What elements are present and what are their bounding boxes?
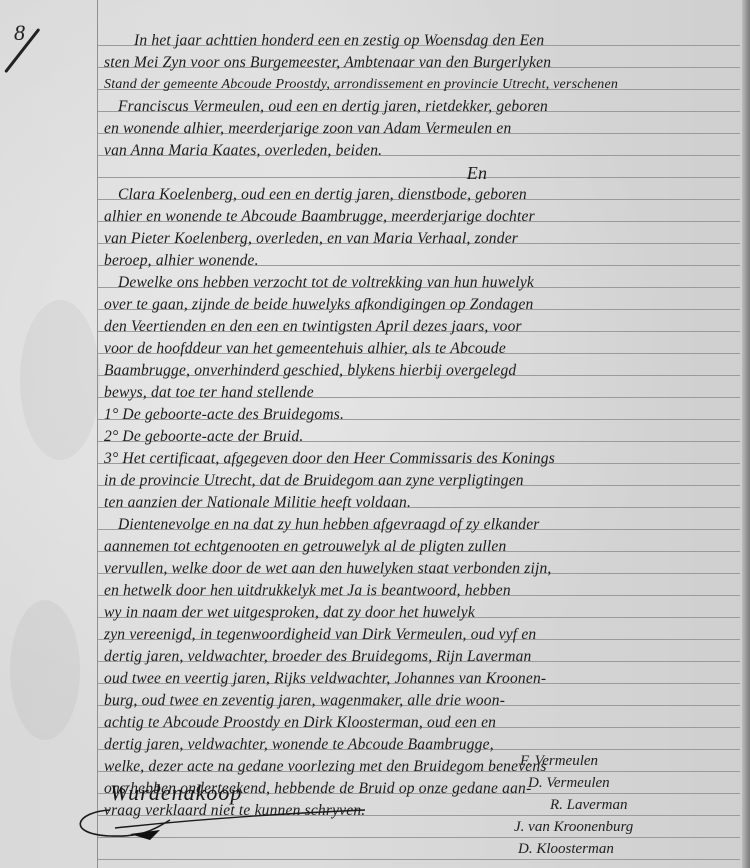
witness-signature: D. Vermeulen bbox=[510, 772, 740, 794]
body-line: en hetwelk door hen uitdrukkelyk met Ja … bbox=[104, 580, 740, 602]
body-line: Dewelke ons hebben verzocht tot de voltr… bbox=[104, 272, 740, 294]
body-line: vervullen, welke door de wet aan den huw… bbox=[104, 558, 740, 580]
document-page: 8 In het jaar achttien honderd een en ze… bbox=[0, 0, 750, 868]
registrar-signature-text: Wurdenakoop bbox=[110, 780, 242, 806]
body-line: voor de hoofddeur van het gemeentehuis a… bbox=[104, 338, 740, 360]
witness-signature: J. van Kroonenburg bbox=[510, 816, 740, 838]
body-line: In het jaar achttien honderd een en zest… bbox=[104, 30, 740, 52]
witness-signature: R. Laverman bbox=[510, 794, 740, 816]
witness-signatures: F. Vermeulen D. Vermeulen R. Laverman J.… bbox=[510, 750, 740, 860]
body-line: den Veertienden en den een en twintigste… bbox=[104, 316, 740, 338]
body-line: van Pieter Koelenberg, overleden, en van… bbox=[104, 228, 740, 250]
margin-rule bbox=[97, 0, 98, 868]
body-line: Baambrugge, onverhinderd geschied, blyke… bbox=[104, 360, 740, 382]
body-line: dertig jaren, veldwachter, broeder des B… bbox=[104, 646, 740, 668]
body-line: in de provincie Utrecht, dat de Bruidego… bbox=[104, 470, 740, 492]
body-line: wy in naam der wet uitgesproken, dat zy … bbox=[104, 602, 740, 624]
body-line: Franciscus Vermeulen, oud een en dertig … bbox=[104, 96, 740, 118]
body-line: alhier en wonende te Abcoude Baambrugge,… bbox=[104, 206, 740, 228]
body-line: zyn vereenigd, in tegenwoordigheid van D… bbox=[104, 624, 740, 646]
witness-signature: D. Kloosterman bbox=[510, 838, 740, 860]
body-line: oud twee en veertig jaren, Rijks veldwac… bbox=[104, 668, 740, 690]
record-body: In het jaar achttien honderd een en zest… bbox=[104, 30, 740, 822]
body-line: achtig te Abcoude Proostdy en Dirk Kloos… bbox=[104, 712, 740, 734]
conjunction-en: En bbox=[104, 162, 740, 184]
body-line: Clara Koelenberg, oud een en dertig jare… bbox=[104, 184, 740, 206]
body-line: over te gaan, zijnde de beide huwelyks a… bbox=[104, 294, 740, 316]
body-line: Dientenevolge en na dat zy hun hebben af… bbox=[104, 514, 740, 536]
body-line: en wonende alhier, meerderjarige zoon va… bbox=[104, 118, 740, 140]
signature-flourish-icon bbox=[70, 806, 370, 840]
attachment-item-2: 2° De geboorte-acte der Bruid. bbox=[104, 426, 740, 448]
body-line: sten Mei Zyn voor ons Burgemeester, Ambt… bbox=[104, 52, 740, 74]
paper-stain bbox=[10, 600, 80, 740]
attachment-item-1: 1° De geboorte-acte des Bruidegoms. bbox=[104, 404, 740, 426]
body-line: van Anna Maria Kaates, overleden, beiden… bbox=[104, 140, 740, 162]
paper-stain bbox=[20, 300, 100, 460]
body-line: beroep, alhier wonende. bbox=[104, 250, 740, 272]
record-number-part1: 8 bbox=[14, 22, 25, 44]
attachment-item-3: 3° Het certificaat, afgegeven door den H… bbox=[104, 448, 740, 470]
page-edge-shadow bbox=[742, 0, 750, 868]
body-line: aannemen tot echtgenooten en getrouwelyk… bbox=[104, 536, 740, 558]
body-line: burg, oud twee en zeventig jaren, wagenm… bbox=[104, 690, 740, 712]
witness-signature: F. Vermeulen bbox=[510, 750, 740, 772]
body-line: bewys, dat toe ter hand stellende bbox=[104, 382, 740, 404]
registrar-signature: Wurdenakoop bbox=[70, 780, 370, 840]
body-line: ten aanzien der Nationale Militie heeft … bbox=[104, 492, 740, 514]
body-line: Stand der gemeente Abcoude Proostdy, arr… bbox=[104, 74, 740, 96]
